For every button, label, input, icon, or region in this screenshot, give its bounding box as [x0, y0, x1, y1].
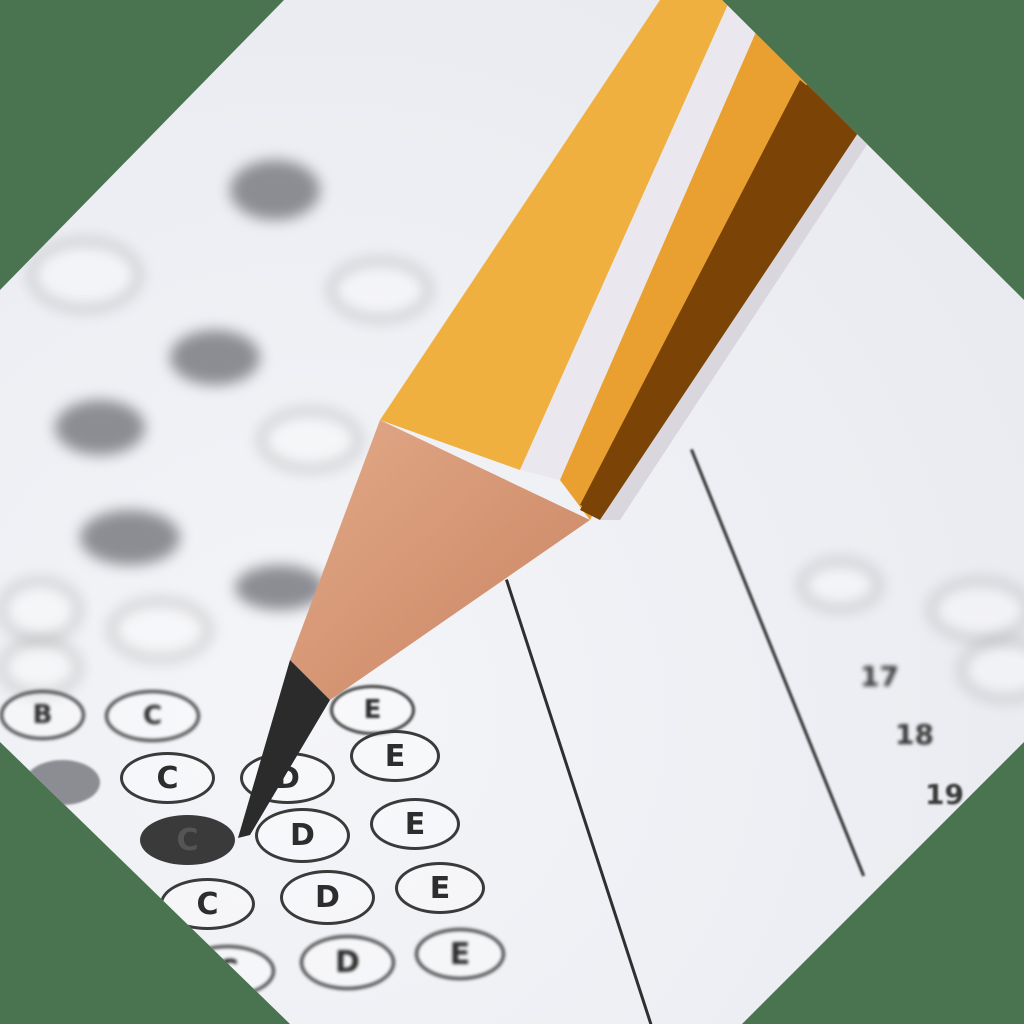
answer-grid: B C E C D E C D E C D E C D E 17 18 19: [0, 0, 1024, 1024]
bubble-letter: C: [156, 761, 178, 796]
answer-bubble: E: [330, 685, 415, 735]
answer-bubble: C: [180, 945, 275, 997]
answer-bubble-filled: C: [140, 815, 235, 865]
bubble-letter: C: [143, 701, 162, 731]
bubble-letter: E: [450, 937, 471, 972]
answer-bubble: D: [280, 870, 375, 925]
bubble-letter: D: [275, 761, 300, 796]
answer-bubble: B: [0, 690, 85, 740]
question-number: 18: [895, 718, 934, 751]
column-divider-line: [505, 579, 653, 1024]
answer-bubble: E: [415, 928, 505, 980]
answer-bubble: E: [350, 730, 440, 782]
answer-bubble: C: [160, 878, 255, 930]
answer-bubble: E: [370, 798, 460, 850]
answer-bubble: C: [105, 690, 200, 742]
octagon-photo-frame: B C E C D E C D E C D E C D E 17 18 19: [0, 0, 1024, 1024]
bubble-letter: D: [335, 945, 360, 980]
bubble-letter: C: [176, 823, 198, 858]
bubble-letter: B: [33, 700, 53, 730]
answer-bubble-filled: [25, 760, 100, 805]
bubble-letter: E: [430, 871, 451, 906]
bubble-letter: E: [405, 807, 426, 842]
answer-bubble: D: [240, 752, 335, 804]
column-divider-line: [690, 449, 865, 877]
question-number: 17: [860, 660, 899, 693]
answer-bubble: C: [120, 752, 215, 804]
bubble-letter: E: [364, 695, 382, 725]
answer-bubble: D: [300, 935, 395, 990]
bubble-letter: D: [315, 880, 340, 915]
bubble-letter: E: [385, 739, 406, 774]
answer-bubble: D: [255, 808, 350, 863]
bubble-letter: C: [216, 954, 238, 989]
answer-bubble: E: [395, 862, 485, 914]
question-number: 19: [925, 778, 964, 811]
bubble-letter: D: [290, 818, 315, 853]
bubble-letter: C: [196, 887, 218, 922]
